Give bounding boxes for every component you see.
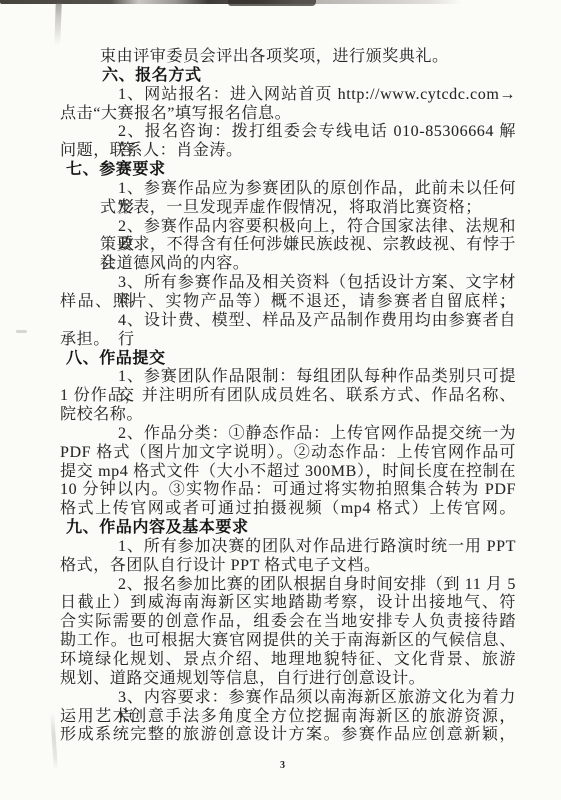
text-line: 环境绿化规划、景点介绍、地理地貌特征、文化背景、旅游	[60, 651, 516, 670]
scan-smudge-drip	[54, 2, 62, 46]
section-heading: 六、报名方式	[102, 67, 516, 86]
text-line: 策要求，不得含有任何涉嫌民族歧视、宗教歧视、有悖于社	[100, 236, 516, 255]
section-heading: 七、参赛要求	[66, 161, 516, 180]
text-line: 1 份作品，并注明所有团队成员姓名、联系方式、作品名称、	[60, 387, 516, 406]
text-line: 格式，各团队自行设计 PPT 格式电子文档。	[60, 557, 516, 576]
text-line: 2、报名参加比赛的团队根据自身时间安排（到 11 月 5	[118, 576, 516, 595]
text-line: 院校名称。	[60, 406, 516, 425]
text-line: 勘工作。也可根据大赛官网提供的关于南海新区的气候信息、	[60, 632, 516, 651]
text-line: PDF 格式（图片加文字说明）。②动态作品：上传官网作品可	[60, 444, 516, 463]
text-line: 会道德风尚的内容。	[100, 255, 516, 274]
text-line: 3、内容要求：参赛作品须以南海新区旅游文化为着力点，	[118, 689, 516, 708]
text-line: 2、参赛作品内容要积极向上，符合国家法律、法规和政	[118, 218, 516, 237]
text-line: 式发表，一旦发现弄虚作假情况，将取消比赛资格；	[100, 199, 516, 218]
text-line: 3、所有参赛作品及相关资料（包括设计方案、文字材料、	[118, 274, 516, 293]
scan-speck	[16, 330, 27, 333]
text-line: 点击“大赛报名”填写报名信息。	[60, 105, 516, 124]
text-line: 问题，联系人：肖金涛。	[60, 142, 516, 161]
text-line: 10 分钟以内。③实物作品：可通过将实物拍照集合转为 PDF	[60, 481, 516, 500]
text-line: 4、设计费、模型、样品及产品制作费用均由参赛者自行	[118, 312, 516, 331]
text-line: 样品、照片、实物产品等）概不退还，请参赛者自留底样；	[60, 293, 516, 312]
text-line: 形成系统完整的旅游创意设计方案。参赛作品应创意新颖，	[60, 726, 516, 745]
text-line: 1、参赛作品应为参赛团队的原创作品，此前未以任何形	[118, 180, 516, 199]
section-heading: 八、作品提交	[66, 350, 516, 369]
document-text: 束由评审委员会评出各项奖项，进行颁奖典礼。六、报名方式1、网站报名：进入网站首页…	[56, 48, 516, 745]
text-line: 束由评审委员会评出各项奖项，进行颁奖典礼。	[100, 48, 516, 67]
text-line: 日截止）到威海南海新区实地踏勘考察，设计出接地气、符	[60, 594, 516, 613]
text-line: 运用艺术创意手法多角度全方位挖掘南海新区的旅游资源，	[60, 708, 516, 727]
document-page: 束由评审委员会评出各项奖项，进行颁奖典礼。六、报名方式1、网站报名：进入网站首页…	[0, 0, 561, 800]
text-line: 规划、道路交通规划等信息，自行进行创意设计。	[60, 670, 516, 689]
text-line: 1、参赛团队作品限制：每组团队每种作品类别只可提交	[118, 368, 516, 387]
text-line: 1、网站报名：进入网站首页 http://www.cytcdc.com→	[118, 86, 516, 105]
page-number: 3	[280, 760, 285, 771]
text-line: 2、作品分类：①静态作品：上传官网作品提交统一为	[118, 425, 516, 444]
section-heading: 九、作品内容及基本要求	[66, 519, 516, 538]
text-line: 1、所有参加决赛的团队对作品进行路演时统一用 PPT	[118, 538, 516, 557]
text-line: 提交 mp4 格式文件（大小不超过 300MB），时间长度在控制在	[60, 463, 516, 482]
text-line: 2、报名咨询：拨打组委会专线电话 010-85306664 解答	[118, 123, 516, 142]
text-line: 格式上传官网或者可通过拍摄视频（mp4 格式）上传官网。	[60, 500, 516, 519]
scan-smudge-blob	[228, 0, 316, 6]
text-line: 合实际需要的创意作品，组委会在当地安排专人负责接待踏	[60, 613, 516, 632]
